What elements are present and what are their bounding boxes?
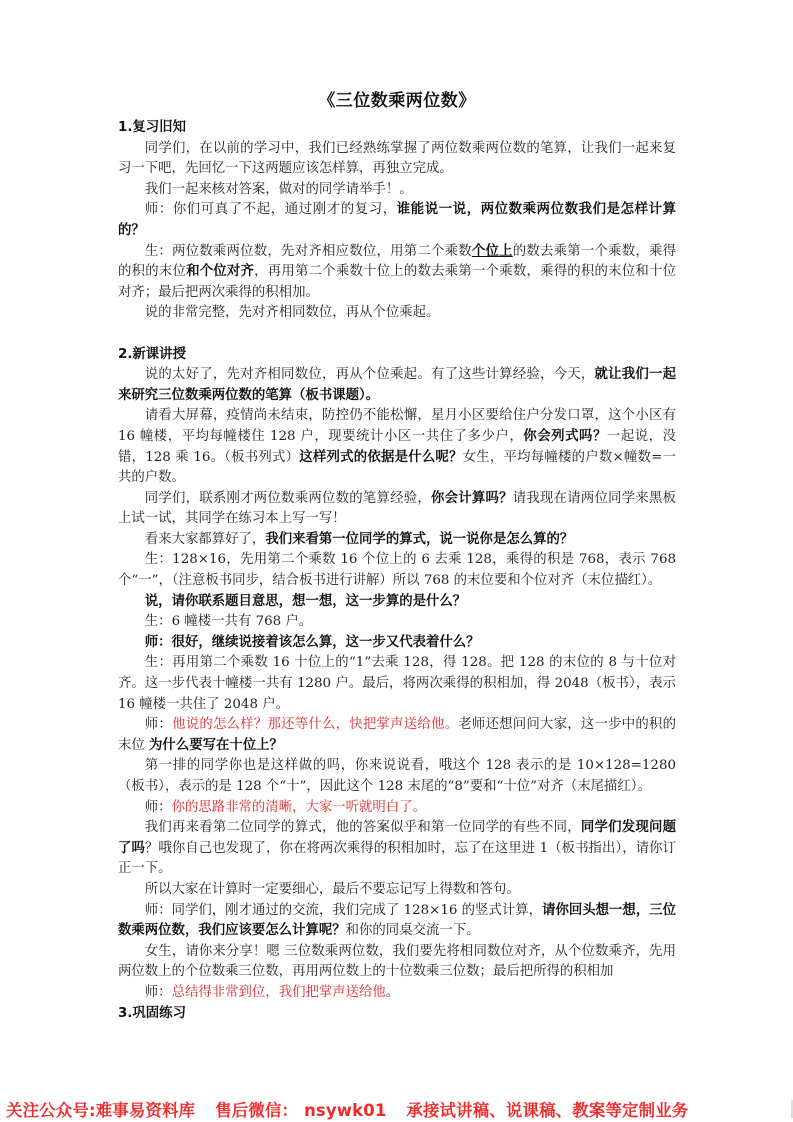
- paragraph: 同学们，联系刚才两位数乘两位数的笔算经验，你会计算吗？请我现在请两位同学来黑板上…: [118, 489, 676, 530]
- paragraph: 所以大家在计算时一定要细心，最后不要忘记写上得数和答句。: [118, 880, 676, 901]
- text-run: 看来大家都算好了，: [145, 532, 266, 547]
- text-run: 生：再用第二个乘数 16 十位上的“1”去乘 128，得 128。把 128 的…: [118, 655, 676, 711]
- paragraph: 同学们，在以前的学习中，我们已经熟练掌握了两位数乘两位数的笔算，让我们一起来复习…: [118, 139, 676, 180]
- text-run: 我们再来看第二位同学的算式，他的答案似乎和第一位同学的有些不同，: [145, 820, 581, 835]
- footer-account: 关注公众号:难事易资料库: [6, 1097, 195, 1121]
- text-run: 第一排的同学你也是这样做的吗，你来说说看，哦这个 128 表示的是 10×128…: [118, 758, 676, 794]
- text-run: 师：: [145, 800, 172, 815]
- text-run: 所以大家在计算时一定要细心，最后不要忘记写上得数和答句。: [145, 882, 520, 897]
- bold-underlined-phrase: 个位上: [472, 244, 513, 259]
- bold-question: 你会计算吗？: [431, 491, 513, 506]
- red-praise: 总结得非常到位，我们把掌声送给他: [172, 985, 386, 1000]
- section-heading: 2.新课讲授: [118, 345, 676, 366]
- text-run: 和你的同桌交流一下。: [346, 923, 480, 938]
- section-heading: 1.复习旧知: [118, 118, 676, 139]
- paragraph: 我们再来看第二位同学的算式，他的答案似乎和第一位同学的有些不同，同学们发现问题了…: [118, 818, 676, 880]
- bold-question: 说，请你联系题目意思，想一想，这一步算的是什么？: [145, 594, 466, 609]
- bold-question: 这样列式的依据是什么呢？: [299, 450, 462, 465]
- footer-wechat-id: nsywk01: [304, 1101, 386, 1120]
- paragraph: 师：他说的怎么样？那还等什么，快把掌声送给他。老师还想问问大家，这一步中的积的末…: [118, 715, 676, 756]
- text-run: 同学们，联系刚才两位数乘两位数的笔算经验，: [145, 491, 431, 506]
- text-run: 说的非常完整，先对齐相同数位，再从个位乘起。: [145, 305, 440, 320]
- paragraph: 说的非常完整，先对齐相同数位，再从个位乘起。: [118, 303, 676, 324]
- section-new-lesson: 2.新课讲授 说的太好了，先对齐相同数位，再从个位乘起。有了这些计算经验，今天，…: [118, 345, 676, 1004]
- paragraph: 第一排的同学你也是这样做的吗，你来说说看，哦这个 128 表示的是 10×128…: [118, 756, 676, 797]
- section-practice: 3.巩固练习: [118, 1004, 676, 1025]
- document-body: 1.复习旧知 同学们，在以前的学习中，我们已经熟练掌握了两位数乘两位数的笔算，让…: [118, 118, 676, 1024]
- section-review: 1.复习旧知 同学们，在以前的学习中，我们已经熟练掌握了两位数乘两位数的笔算，让…: [118, 118, 676, 324]
- promo-footer: 关注公众号:难事易资料库 售后微信： nsywk01 承接试讲稿、说课稿、教案等…: [0, 1097, 793, 1121]
- bold-question: 师：很好，继续说接着该怎么算，这一步又代表着什么？: [145, 635, 480, 650]
- paragraph: 看来大家都算好了，我们来看第一位同学的算式，说一说你是怎么算的？: [118, 530, 676, 551]
- text-run: 师：: [145, 717, 172, 732]
- bold-question: 我们来看第一位同学的算式，说一说你是怎么算的？: [265, 532, 573, 547]
- text-run: 说的太好了，先对齐相同数位，再从个位乘起。有了这些计算经验，今天，: [145, 367, 595, 382]
- paragraph: 生：6 幢楼一共有 768 户。: [118, 612, 676, 633]
- text-run: 师：同学们，刚才通过的交流，我们完成了 128×16 的竖式计算，: [145, 903, 542, 918]
- red-praise: 你的思路非常的清晰，大家一听就明白了。: [172, 800, 426, 815]
- document-title: 《三位数乘两位数》: [118, 86, 676, 111]
- text-run: 生：两位数乘两位数，先对齐相应数位，用第二个乘数: [145, 244, 472, 259]
- bold-question: 为什么要写在十位上？: [149, 738, 283, 753]
- paragraph: 说，请你联系题目意思，想一想，这一步算的是什么？: [118, 592, 676, 613]
- paragraph: 师：你的思路非常的清晰，大家一听就明白了。: [118, 798, 676, 819]
- paragraph: 师：你们可真了不起，通过刚才的复习，谁能说一说，两位数乘两位数我们是怎样计算的？: [118, 200, 676, 241]
- paragraph: 女生，请你来分享！嗯 三位数乘两位数，我们要先将相同数位对齐，从个位数乘齐，先用…: [118, 942, 676, 983]
- section-heading: 3.巩固练习: [118, 1004, 676, 1025]
- text-run: 。: [386, 985, 399, 1000]
- text-run: 我们一起来核对答案，做对的同学请举手！。: [145, 182, 413, 197]
- text-run: 同学们，在以前的学习中，我们已经熟练掌握了两位数乘两位数的笔算，让我们一起来复习…: [118, 141, 676, 177]
- footer-wechat-label: 售后微信：: [215, 1097, 298, 1121]
- paragraph: 师：总结得非常到位，我们把掌声送给他。: [118, 983, 676, 1004]
- paragraph: 说的太好了，先对齐相同数位，再从个位乘起。有了这些计算经验，今天，就让我们一起来…: [118, 365, 676, 406]
- text-run: 生：6 幢楼一共有 768 户。: [145, 614, 312, 629]
- paragraph: 师：同学们，刚才通过的交流，我们完成了 128×16 的竖式计算，请你回头想一想…: [118, 901, 676, 942]
- bold-phrase: 和个位对齐: [186, 264, 254, 279]
- spacer: [118, 324, 676, 345]
- paragraph: 生：再用第二个乘数 16 十位上的“1”去乘 128，得 128。把 128 的…: [118, 653, 676, 715]
- text-run: 师：: [145, 985, 172, 1000]
- text-run: 女生，请你来分享！嗯 三位数乘两位数，我们要先将相同数位对齐，从个位数乘齐，先用…: [118, 944, 676, 980]
- text-run: ？哦你自己也发现了，你在将两次乘得的积相加时，忘了在这里进 1（板书指出），请你…: [118, 841, 676, 877]
- text-run: 生：128×16，先用第二个乘数 16 个位上的 6 去乘 128，乘得的积是 …: [118, 552, 676, 588]
- paragraph: 师：很好，继续说接着该怎么算，这一步又代表着什么？: [118, 633, 676, 654]
- bold-question: 你会列式吗？: [523, 429, 607, 444]
- paragraph: 生：两位数乘两位数，先对齐相应数位，用第二个乘数个位上的数去乘第一个乘数，乘得的…: [118, 242, 676, 304]
- red-praise: 他说的怎么样？那还等什么，快把掌声送给他。: [172, 717, 458, 732]
- footer-services: 承接试讲稿、说课稿、教案等定制业务: [406, 1097, 688, 1121]
- paragraph: 我们一起来核对答案，做对的同学请举手！。: [118, 180, 676, 201]
- paragraph: 生：128×16，先用第二个乘数 16 个位上的 6 去乘 128，乘得的积是 …: [118, 550, 676, 591]
- paragraph: 请看大屏幕，疫情尚未结束，防控仍不能松懈，星月小区要给住户分发口罩，这个小区有 …: [118, 406, 676, 488]
- text-run: 师：你们可真了不起，通过刚才的复习，: [145, 202, 397, 217]
